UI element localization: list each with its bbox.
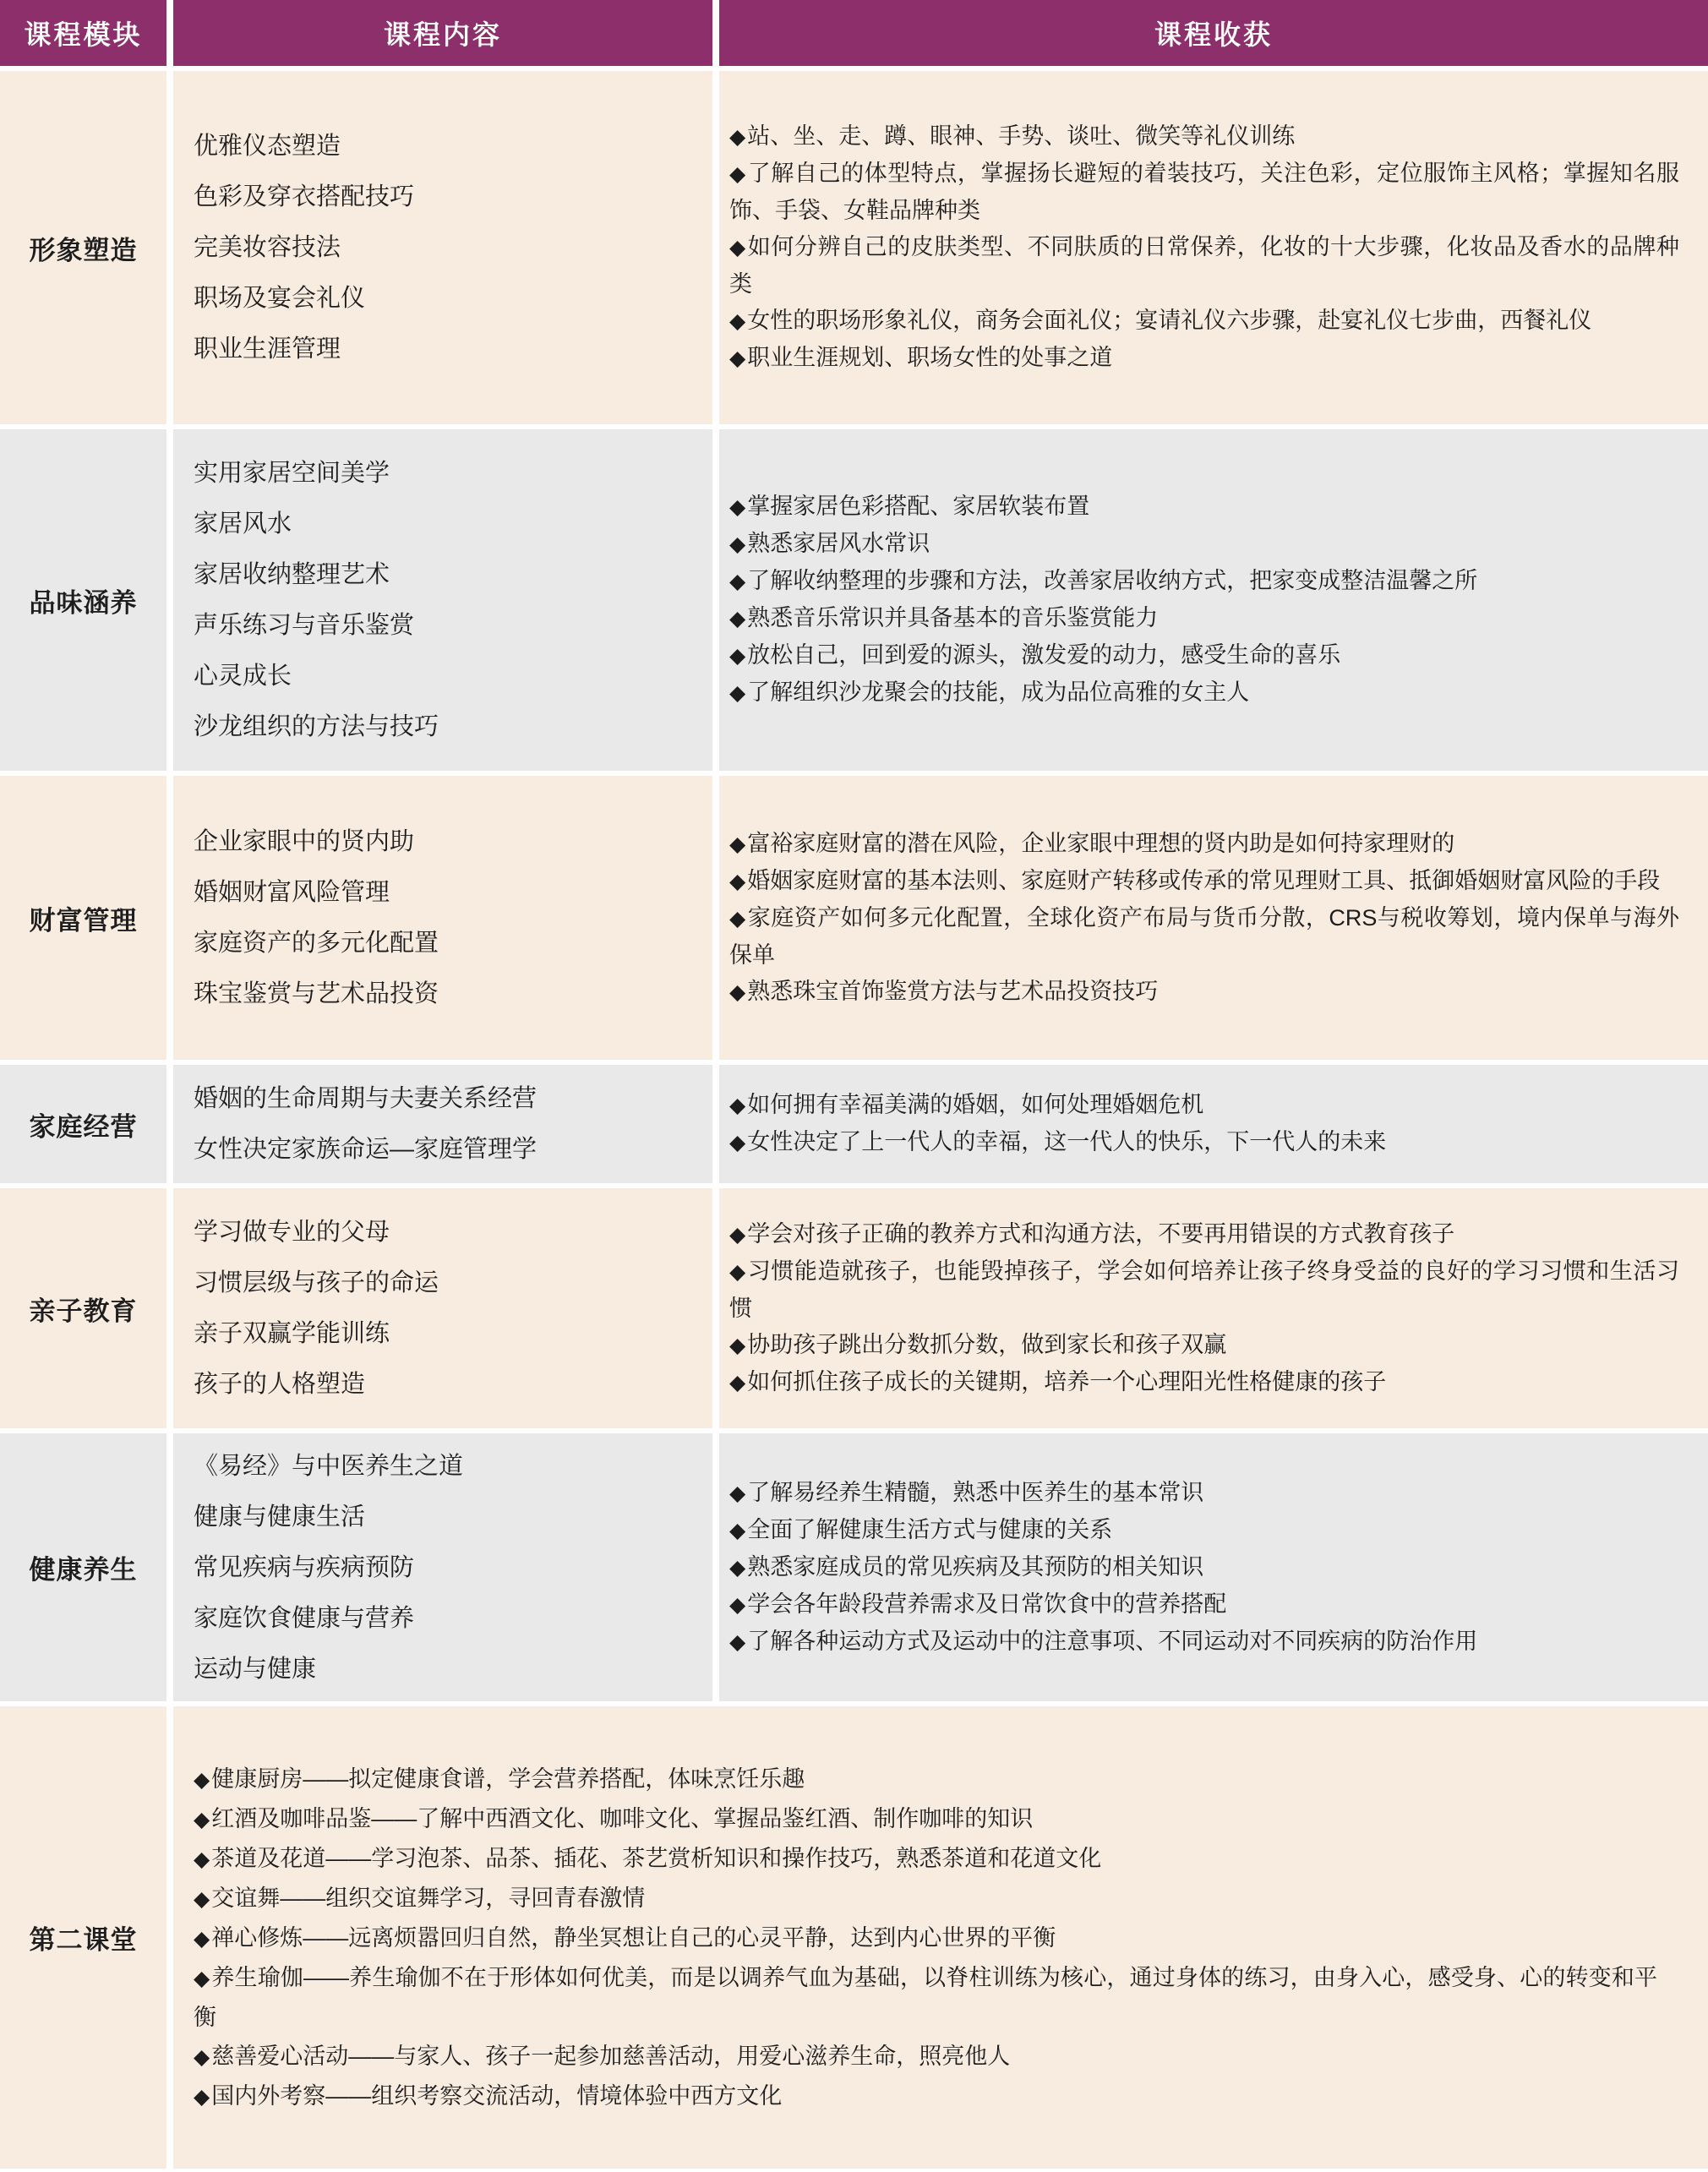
- diamond-bullet-icon: ◆: [729, 1519, 747, 1542]
- module-cell: 健康养生: [0, 1433, 166, 1701]
- gain-item: ◆了解易经养生精髓，熟悉中医养生的基本常识: [729, 1475, 1679, 1512]
- gain-item: ◆熟悉珠宝首饰鉴赏方法与艺术品投资技巧: [729, 974, 1679, 1011]
- diamond-bullet-icon: ◆: [729, 532, 747, 556]
- diamond-bullet-icon: ◆: [729, 1630, 747, 1654]
- gain-item: ◆站、坐、走、蹲、眼神、手势、谈吐、微笑等礼仪训练: [729, 118, 1679, 156]
- table-row: 品味涵养实用家居空间美学家居风水家居收纳整理艺术声乐练习与音乐鉴赏心灵成长沙龙组…: [0, 429, 1708, 771]
- content-item: 色彩及穿衣搭配技巧: [194, 172, 704, 222]
- header-cell-content: 课程内容: [173, 0, 712, 66]
- content-item: 实用家居空间美学: [194, 448, 704, 499]
- diamond-bullet-icon: ◆: [729, 236, 748, 259]
- content-item: 健康与健康生活: [194, 1492, 704, 1542]
- gains-cell: ◆学会对孩子正确的教养方式和沟通方法，不要再用错误的方式教育孩子◆习惯能造就孩子…: [719, 1188, 1708, 1428]
- diamond-bullet-icon: ◆: [729, 162, 748, 186]
- diamond-bullet-icon: ◆: [729, 495, 747, 519]
- table-row: 第二课堂◆健康厨房——拟定健康食谱，学会营养搭配，体味烹饪乐趣◆红酒及咖啡品鉴—…: [0, 1706, 1708, 2169]
- content-item: 婚姻财富风险管理: [194, 867, 704, 918]
- diamond-bullet-icon: ◆: [729, 347, 747, 370]
- diamond-bullet-icon: ◆: [729, 1556, 747, 1580]
- gain-item: ◆国内外考察——组织考察交流活动，情境体验中西方文化: [194, 2076, 1657, 2116]
- content-cell: 婚姻的生命周期与夫妻关系经营女性决定家族命运—家庭管理学: [173, 1065, 712, 1183]
- header-content-label: 课程内容: [384, 14, 502, 52]
- gain-item: ◆禅心修炼——远离烦嚣回归自然，静坐冥想让自己的心灵平静，达到内心世界的平衡: [194, 1918, 1657, 1958]
- diamond-bullet-icon: ◆: [194, 1967, 211, 1990]
- gain-item: ◆交谊舞——组织交谊舞学习，寻回青春激情: [194, 1879, 1657, 1918]
- diamond-bullet-icon: ◆: [729, 870, 747, 893]
- header-cell-module: 课程模块: [0, 0, 166, 66]
- gain-item: ◆了解收纳整理的步骤和方法，改善家居收纳方式，把家变成整洁温馨之所: [729, 563, 1679, 600]
- content-item: 孩子的人格塑造: [194, 1359, 704, 1410]
- gain-item: ◆全面了解健康生活方式与健康的关系: [729, 1512, 1679, 1549]
- diamond-bullet-icon: ◆: [729, 1593, 747, 1617]
- content-item: 运动与健康: [194, 1644, 704, 1694]
- gain-item: ◆了解自己的体型特点，掌握扬长避短的着装技巧，关注色彩，定位服饰主风格；掌握知名…: [729, 156, 1679, 229]
- module-cell: 第二课堂: [0, 1706, 166, 2169]
- diamond-bullet-icon: ◆: [729, 607, 747, 630]
- module-cell: 家庭经营: [0, 1065, 166, 1183]
- module-label: 品味涵养: [30, 581, 138, 619]
- diamond-bullet-icon: ◆: [194, 1887, 211, 1911]
- gain-item: ◆学会各年龄段营养需求及日常饮食中的营养搭配: [729, 1586, 1679, 1624]
- gains-cell: ◆了解易经养生精髓，熟悉中医养生的基本常识◆全面了解健康生活方式与健康的关系◆熟…: [719, 1433, 1708, 1701]
- gain-item: ◆健康厨房——拟定健康食谱，学会营养搭配，体味烹饪乐趣: [194, 1760, 1657, 1799]
- content-item: 声乐练习与音乐鉴赏: [194, 600, 704, 651]
- gain-item: ◆学会对孩子正确的教养方式和沟通方法，不要再用错误的方式教育孩子: [729, 1216, 1679, 1253]
- gains-cell: ◆如何拥有幸福美满的婚姻，如何处理婚姻危机◆女性决定了上一代人的幸福，这一代人的…: [719, 1065, 1708, 1183]
- diamond-bullet-icon: ◆: [729, 1334, 747, 1357]
- gain-item: ◆婚姻家庭财富的基本法则、家庭财产转移或传承的常见理财工具、抵御婚姻财富风险的手…: [729, 863, 1679, 900]
- diamond-bullet-icon: ◆: [194, 2045, 211, 2069]
- content-item: 企业家眼中的贤内助: [194, 816, 704, 867]
- gain-item: ◆富裕家庭财富的潜在风险，企业家眼中理想的贤内助是如何持家理财的: [729, 826, 1679, 863]
- content-item: 珠宝鉴赏与艺术品投资: [194, 969, 704, 1019]
- module-cell: 品味涵养: [0, 429, 166, 771]
- diamond-bullet-icon: ◆: [729, 980, 747, 1004]
- content-item: 女性决定家族命运—家庭管理学: [194, 1124, 704, 1175]
- header-module-label: 课程模块: [24, 14, 142, 52]
- diamond-bullet-icon: ◆: [729, 1094, 747, 1117]
- table-row: 形象塑造优雅仪态塑造色彩及穿衣搭配技巧完美妆容技法职场及宴会礼仪职业生涯管理◆站…: [0, 71, 1708, 424]
- gains-cell: ◆富裕家庭财富的潜在风险，企业家眼中理想的贤内助是如何持家理财的◆婚姻家庭财富的…: [719, 776, 1708, 1060]
- header-cell-gains: 课程收获: [719, 0, 1708, 66]
- content-item: 家庭资产的多元化配置: [194, 918, 704, 969]
- diamond-bullet-icon: ◆: [729, 681, 747, 705]
- content-item: 家居风水: [194, 499, 704, 549]
- gain-item: ◆女性的职场形象礼仪，商务会面礼仪；宴请礼仪六步骤，赴宴礼仪七步曲，西餐礼仪: [729, 303, 1679, 340]
- diamond-bullet-icon: ◆: [729, 1131, 747, 1154]
- gain-item: ◆养生瑜伽——养生瑜伽不在于形体如何优美，而是以调养气血为基础，以脊柱训练为核心…: [194, 1958, 1657, 2037]
- gain-item: ◆女性决定了上一代人的幸福，这一代人的快乐，下一代人的未来: [729, 1124, 1679, 1161]
- gain-item: ◆了解组织沙龙聚会的技能，成为品位高雅的女主人: [729, 674, 1679, 712]
- content-item: 学习做专业的父母: [194, 1207, 704, 1258]
- content-item: 沙龙组织的方法与技巧: [194, 701, 704, 752]
- module-label: 财富管理: [30, 899, 138, 937]
- content-cell: 优雅仪态塑造色彩及穿衣搭配技巧完美妆容技法职场及宴会礼仪职业生涯管理: [173, 71, 712, 424]
- module-cell: 形象塑造: [0, 71, 166, 424]
- content-item: 心灵成长: [194, 651, 704, 701]
- gain-item: ◆茶道及花道——学习泡茶、品茶、插花、茶艺赏析知识和操作技巧，熟悉茶道和花道文化: [194, 1839, 1657, 1879]
- gain-item: ◆习惯能造就孩子，也能毁掉孩子，学会如何培养让孩子终身受益的良好的学习习惯和生活…: [729, 1253, 1679, 1327]
- diamond-bullet-icon: ◆: [729, 1371, 747, 1394]
- module-label: 亲子教育: [30, 1290, 138, 1328]
- module-label: 第二课堂: [30, 1918, 138, 1956]
- module-label: 健康养生: [30, 1548, 138, 1586]
- content-item: 亲子双赢学能训练: [194, 1308, 704, 1359]
- gain-item: ◆慈善爱心活动——与家人、孩子一起参加慈善活动，用爱心滋养生命，照亮他人: [194, 2037, 1657, 2076]
- diamond-bullet-icon: ◆: [729, 1260, 748, 1284]
- gain-item: ◆了解各种运动方式及运动中的注意事项、不同运动对不同疾病的防治作用: [729, 1624, 1679, 1661]
- gains-cell: ◆站、坐、走、蹲、眼神、手势、谈吐、微笑等礼仪训练◆了解自己的体型特点，掌握扬长…: [719, 71, 1708, 424]
- diamond-bullet-icon: ◆: [194, 1808, 211, 1831]
- content-cell: 学习做专业的父母习惯层级与孩子的命运亲子双赢学能训练孩子的人格塑造: [173, 1188, 712, 1428]
- module-cell: 亲子教育: [0, 1188, 166, 1428]
- gain-item: ◆放松自己，回到爱的源头，激发爱的动力，感受生命的喜乐: [729, 637, 1679, 674]
- gain-item: ◆家庭资产如何多元化配置，全球化资产布局与货币分散，CRS与税收筹划，境内保单与…: [729, 900, 1679, 974]
- module-label: 家庭经营: [30, 1105, 138, 1143]
- content-cell: 《易经》与中医养生之道健康与健康生活常见疾病与疾病预防家庭饮食健康与营养运动与健…: [173, 1433, 712, 1701]
- gain-item: ◆熟悉家居风水常识: [729, 526, 1679, 563]
- content-item: 常见疾病与疾病预防: [194, 1542, 704, 1593]
- gain-item: ◆如何分辨自己的皮肤类型、不同肤质的日常保养，化妆的十大步骤，化妆品及香水的品牌…: [729, 229, 1679, 303]
- diamond-bullet-icon: ◆: [729, 570, 747, 593]
- diamond-bullet-icon: ◆: [729, 1482, 747, 1505]
- content-cell: 企业家眼中的贤内助婚姻财富风险管理家庭资产的多元化配置珠宝鉴赏与艺术品投资: [173, 776, 712, 1060]
- gain-item: ◆如何抓住孩子成长的关键期，培养一个心理阳光性格健康的孩子: [729, 1364, 1679, 1401]
- module-label: 形象塑造: [30, 229, 138, 267]
- diamond-bullet-icon: ◆: [729, 125, 747, 149]
- content-item: 《易经》与中医养生之道: [194, 1441, 704, 1492]
- content-item: 家庭饮食健康与营养: [194, 1593, 704, 1644]
- diamond-bullet-icon: ◆: [729, 309, 747, 333]
- merged-gains-cell: ◆健康厨房——拟定健康食谱，学会营养搭配，体味烹饪乐趣◆红酒及咖啡品鉴——了解中…: [173, 1706, 1708, 2169]
- diamond-bullet-icon: ◆: [194, 2085, 211, 2109]
- content-item: 优雅仪态塑造: [194, 121, 704, 172]
- content-cell: 实用家居空间美学家居风水家居收纳整理艺术声乐练习与音乐鉴赏心灵成长沙龙组织的方法…: [173, 429, 712, 771]
- diamond-bullet-icon: ◆: [729, 644, 747, 668]
- gain-item: ◆熟悉音乐常识并具备基本的音乐鉴赏能力: [729, 600, 1679, 637]
- content-item: 家居收纳整理艺术: [194, 549, 704, 600]
- gain-item: ◆掌握家居色彩搭配、家居软装布置: [729, 488, 1679, 526]
- content-item: 职场及宴会礼仪: [194, 273, 704, 324]
- table-body: 形象塑造优雅仪态塑造色彩及穿衣搭配技巧完美妆容技法职场及宴会礼仪职业生涯管理◆站…: [0, 71, 1708, 2169]
- diamond-bullet-icon: ◆: [729, 907, 748, 930]
- diamond-bullet-icon: ◆: [194, 1927, 211, 1951]
- diamond-bullet-icon: ◆: [729, 1223, 747, 1247]
- gain-item: ◆红酒及咖啡品鉴——了解中西酒文化、咖啡文化、掌握品鉴红酒、制作咖啡的知识: [194, 1799, 1657, 1839]
- gain-item: ◆如何拥有幸福美满的婚姻，如何处理婚姻危机: [729, 1087, 1679, 1124]
- diamond-bullet-icon: ◆: [194, 1847, 211, 1871]
- table-row: 家庭经营婚姻的生命周期与夫妻关系经营女性决定家族命运—家庭管理学◆如何拥有幸福美…: [0, 1065, 1708, 1183]
- content-item: 婚姻的生命周期与夫妻关系经营: [194, 1073, 704, 1124]
- table-row: 财富管理企业家眼中的贤内助婚姻财富风险管理家庭资产的多元化配置珠宝鉴赏与艺术品投…: [0, 776, 1708, 1060]
- diamond-bullet-icon: ◆: [729, 832, 747, 856]
- header-gains-label: 课程收获: [1154, 14, 1273, 52]
- diamond-bullet-icon: ◆: [194, 1768, 211, 1792]
- content-item: 习惯层级与孩子的命运: [194, 1258, 704, 1308]
- gains-cell: ◆掌握家居色彩搭配、家居软装布置◆熟悉家居风水常识◆了解收纳整理的步骤和方法，改…: [719, 429, 1708, 771]
- gain-item: ◆协助孩子跳出分数抓分数，做到家长和孩子双赢: [729, 1327, 1679, 1364]
- module-cell: 财富管理: [0, 776, 166, 1060]
- table-row: 亲子教育学习做专业的父母习惯层级与孩子的命运亲子双赢学能训练孩子的人格塑造◆学会…: [0, 1188, 1708, 1428]
- table-header-row: 课程模块 课程内容 课程收获: [0, 0, 1708, 66]
- content-item: 完美妆容技法: [194, 222, 704, 273]
- course-table: 课程模块 课程内容 课程收获 形象塑造优雅仪态塑造色彩及穿衣搭配技巧完美妆容技法…: [0, 0, 1708, 2172]
- gain-item: ◆熟悉家庭成员的常见疾病及其预防的相关知识: [729, 1549, 1679, 1586]
- content-item: 职业生涯管理: [194, 324, 704, 374]
- gain-item: ◆职业生涯规划、职场女性的处事之道: [729, 340, 1679, 377]
- table-row: 健康养生《易经》与中医养生之道健康与健康生活常见疾病与疾病预防家庭饮食健康与营养…: [0, 1433, 1708, 1701]
